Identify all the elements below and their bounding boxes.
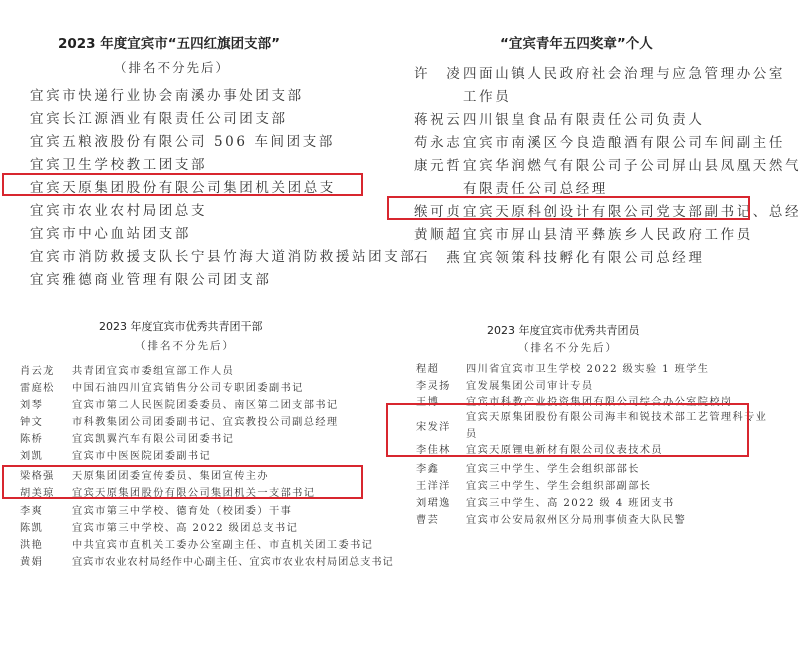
person-desc: 四川省宜宾市卫生学校 2022 级实验 1 班学生: [466, 360, 709, 375]
person-desc: 共青团宜宾市委组宣部工作人员: [72, 362, 234, 377]
person-name: 雷庭松: [20, 379, 55, 394]
person-name: 洪艳: [20, 536, 43, 551]
person-desc: 宜宾三中学生、学生会组织部部长: [466, 460, 640, 475]
highlight-box: [386, 403, 749, 457]
section-title: 2023 年度宜宾市优秀共青团干部: [99, 318, 263, 334]
person-desc: 宜宾市中医医院团委副书记: [72, 447, 211, 462]
person-desc: 四川银皇食品有限责任公司负责人: [463, 108, 705, 128]
person-desc: 宜宾市南溪区今良造酿酒有限公司车间副主任: [463, 131, 785, 151]
person-desc: 中共宜宾市直机关工委办公室副主任、市直机关团工委书记: [72, 536, 373, 551]
person-name: 苟永志: [414, 131, 462, 151]
list-item: 宜宾卫生学校教工团支部: [30, 153, 207, 173]
section-title: 2023 年度宜宾市“五四红旗团支部”: [58, 32, 280, 52]
person-desc: 宜发展集团公司审计专员: [466, 377, 593, 392]
person-desc: 宜宾市第三中学校、德育处（校团委）干事: [72, 502, 292, 517]
person-desc: 宜宾三中学生、高 2022 级 4 班团支书: [466, 494, 675, 509]
list-item: 宜宾市消防救援支队长宁县竹海大道消防救援站团支部: [30, 245, 416, 265]
person-desc: 中国石油四川宜宾销售分公司专职团委副书记: [72, 379, 304, 394]
person-name: 曹芸: [416, 511, 439, 526]
person-desc: 宜宾市屏山县清平彝族乡人民政府工作员: [463, 223, 753, 243]
person-desc: 工作员: [463, 85, 511, 105]
person-desc: 宜宾市农业农村局经作中心副主任、宜宾市农业农村局团总支书记: [72, 553, 394, 568]
person-name: 石 燕: [414, 246, 462, 266]
person-name: 陈凯: [20, 519, 43, 534]
person-name: 许 凌: [414, 62, 462, 82]
list-item: 宜宾市快递行业协会南溪办事处团支部: [30, 84, 304, 104]
list-item: 宜宾长江源酒业有限责任公司团支部: [30, 107, 288, 127]
person-desc: 市科教集团公司团委副书记、宜宾教投公司副总经理: [72, 413, 339, 428]
person-name: 蒋祝云: [414, 108, 462, 128]
section-title: “宜宾青年五四奖章”个人: [500, 32, 653, 52]
list-item: 宜宾雅德商业管理有限公司团支部: [30, 268, 272, 288]
person-name: 程超: [416, 360, 439, 375]
section-subtitle: （排名不分先后）: [518, 340, 618, 355]
person-desc: 四面山镇人民政府社会治理与应急管理办公室: [463, 62, 785, 82]
person-name: 刘珺逸: [416, 494, 451, 509]
person-name: 李爽: [20, 502, 43, 517]
person-name: 肖云龙: [20, 362, 55, 377]
highlight-box: [387, 196, 750, 220]
person-name: 刘琴: [20, 396, 43, 411]
person-desc: 宜宾市第二人民医院团委委员、南区第二团支部书记: [72, 396, 339, 411]
highlight-box: [2, 465, 363, 499]
person-name: 李鑫: [416, 460, 439, 475]
list-item: 宜宾市中心血站团支部: [30, 222, 191, 242]
list-item: 宜宾市农业农村局团总支: [30, 199, 207, 219]
person-name: 钟文: [20, 413, 43, 428]
person-name: 康元哲: [414, 154, 462, 174]
person-name: 李灵扬: [416, 377, 451, 392]
person-name: 黄顺超: [414, 223, 462, 243]
person-name: 王洋洋: [416, 477, 451, 492]
person-desc: 宜宾市第三中学校、高 2022 级团总支书记: [72, 519, 298, 534]
person-desc: 宜宾三中学生、学生会组织部副部长: [466, 477, 651, 492]
highlight-box: [2, 173, 363, 196]
person-name: 黄娟: [20, 553, 43, 568]
person-desc: 宜宾市公安局叙州区分局刑事侦查大队民警: [466, 511, 686, 526]
section-subtitle: （排名不分先后）: [114, 58, 230, 76]
person-desc: 宜宾华润燃气有限公司子公司屏山县凤凰天然气: [463, 154, 800, 174]
person-desc: 有限责任公司总经理: [463, 177, 608, 197]
section-subtitle: （排名不分先后）: [135, 338, 235, 353]
person-desc: 宜宾领策科技孵化有限公司总经理: [463, 246, 705, 266]
person-desc: 宜宾凯翼汽车有限公司团委书记: [72, 430, 234, 445]
section-title: 2023 年度宜宾市优秀共青团员: [487, 322, 640, 338]
person-name: 陈桥: [20, 430, 43, 445]
list-item: 宜宾五粮液股份有限公司 506 车间团支部: [30, 130, 335, 150]
person-name: 刘凯: [20, 447, 43, 462]
